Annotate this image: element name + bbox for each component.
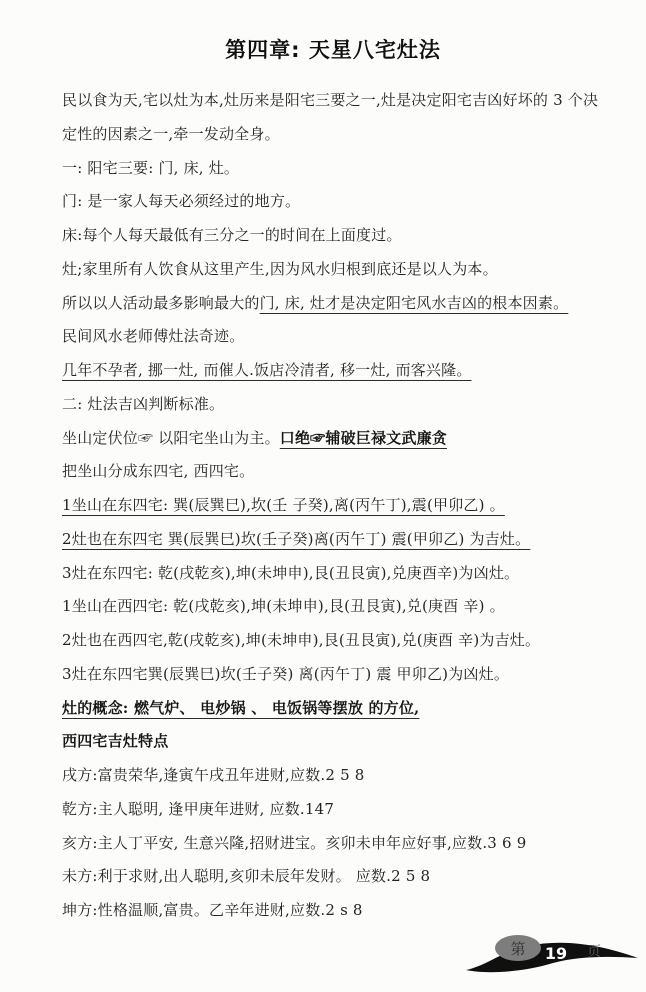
text-segment: 二: 灶法吉凶判断标准。 (62, 395, 224, 413)
text-segment: 灶;家里所有人饮食从这里产生,因为风水归根到底还是以人为本。 (62, 260, 498, 278)
underlined-text-segment: 2灶也在东四宅 巽(辰巽巳)坎(壬子癸)离(丙午丁) 震(甲卯乙) 为吉灶。 (62, 530, 530, 548)
text-segment: 3灶在东四宅: 乾(戌乾亥),坤(未坤申),艮(丑艮寅),兑庚酉辛)为凶灶。 (62, 564, 519, 582)
paragraph: 乾方:主人聪明, 逢甲庚年进财, 应数.147 (62, 793, 604, 827)
underlined-text-segment: 门, 床, 灶才是决定阳宅风水吉凶的根本因素。 (260, 294, 569, 312)
paragraph: 坤方:性格温顺,富贵。乙辛年进财,应数.2 s 8 (62, 894, 604, 928)
stamp-prefix: 第 (510, 940, 525, 958)
paragraph: 所以以人活动最多影响最大的门, 床, 灶才是决定阳宅风水吉凶的根本因素。 (62, 287, 604, 321)
text-segment: 坐山定伏位☞ 以阳宅坐山为主。 (62, 429, 280, 447)
page-number: 19 (545, 944, 567, 963)
page-body: 第四章: 天星八宅灶法 民以食为天,宅以灶为本,灶历来是阳宅三要之一,灶是决定阳… (0, 0, 646, 928)
text-segment: 未方:利于求财,出人聪明,亥卯未辰年发财。 应数.2 5 8 (62, 867, 430, 885)
section-heading: 西四宅吉灶特点 (62, 732, 168, 750)
bold-underlined-text-segment: 灶的概念: 燃气炉、 电炒锅 、 电饭锅等摆放 的方位, (62, 699, 419, 717)
text-segment: 床:每个人每天最低有三分之一的时间在上面度过。 (62, 226, 402, 244)
text-segment: 亥方:主人丁平安, 生意兴隆,招财进宝。亥卯未申年应好事,应数.3 6 9 (62, 834, 526, 852)
text-segment: 民以食为天,宅以灶为本,灶历来是阳宅三要之一,灶是决定阳宅吉凶好坏的 3 个决定… (62, 91, 598, 143)
text-segment: 门: 是一家人每天必须经过的地方。 (62, 192, 300, 210)
text-segment: 民间风水老师傅灶法奇迹。 (62, 327, 244, 345)
chapter-title: 第四章: 天星八宅灶法 (62, 34, 604, 64)
paragraph: 把坐山分成东四宅, 西四宅。 (62, 455, 604, 489)
text-segment: 一: 阳宅三要: 门, 床, 灶。 (62, 159, 239, 177)
text-segment: 坤方:性格温顺,富贵。乙辛年进财,应数.2 s 8 (62, 901, 363, 919)
paragraph: 未方:利于求财,出人聪明,亥卯未辰年发财。 应数.2 5 8 (62, 860, 604, 894)
paragraph: 几年不孕者, 挪一灶, 而催人.饭店冷清者, 移一灶, 而客兴隆。 (62, 354, 604, 388)
paragraph: 3灶在东四宅: 乾(戌乾亥),坤(未坤申),艮(丑艮寅),兑庚酉辛)为凶灶。 (62, 557, 604, 591)
text-segment: 3灶在东四宅巽(辰巽巳)坎(壬子癸) 离(丙午丁) 震 甲卯乙)为凶灶。 (62, 665, 509, 683)
paragraph: 1坐山在西四宅: 乾(戌乾亥),坤(未坤申),艮(丑艮寅),兑(庚酉 辛) 。 (62, 590, 604, 624)
paragraph: 民间风水老师傅灶法奇迹。 (62, 320, 604, 354)
paragraph: 灶的概念: 燃气炉、 电炒锅 、 电饭锅等摆放 的方位, (62, 692, 604, 726)
paragraph: 一: 阳宅三要: 门, 床, 灶。 (62, 152, 604, 186)
paragraph: 1坐山在东四宅: 巽(辰巽巳),坎(壬 子癸),离(丙午丁),震(甲卯乙) 。 (62, 489, 604, 523)
underlined-text-segment: 1坐山在东四宅: 巽(辰巽巳),坎(壬 子癸),离(丙午丁),震(甲卯乙) 。 (62, 496, 505, 514)
paragraph: 灶;家里所有人饮食从这里产生,因为风水归根到底还是以人为本。 (62, 253, 604, 287)
paragraph: 2灶也在西四宅,乾(戌乾亥),坤(未坤申),艮(丑艮寅),兑(庚酉 辛)为吉灶。 (62, 624, 604, 658)
paragraph: 二: 灶法吉凶判断标准。 (62, 388, 604, 422)
paragraph: 床:每个人每天最低有三分之一的时间在上面度过。 (62, 219, 604, 253)
paragraph: 戌方:富贵荣华,逢寅午戌丑年进财,应数.2 5 8 (62, 759, 604, 793)
paragraph: 民以食为天,宅以灶为本,灶历来是阳宅三要之一,灶是决定阳宅吉凶好坏的 3 个决定… (62, 84, 604, 152)
underlined-text-segment: 几年不孕者, 挪一灶, 而催人.饭店冷清者, 移一灶, 而客兴隆。 (62, 361, 472, 379)
text-segment: 2灶也在西四宅,乾(戌乾亥),坤(未坤申),艮(丑艮寅),兑(庚酉 辛)为吉灶。 (62, 631, 540, 649)
text-segment: 乾方:主人聪明, 逢甲庚年进财, 应数.147 (62, 800, 334, 818)
text-segment: 1坐山在西四宅: 乾(戌乾亥),坤(未坤申),艮(丑艮寅),兑(庚酉 辛) 。 (62, 597, 505, 615)
paragraph: 3灶在东四宅巽(辰巽巳)坎(壬子癸) 离(丙午丁) 震 甲卯乙)为凶灶。 (62, 658, 604, 692)
page-number-stamp: 第 19 页 (460, 932, 644, 984)
stamp-suffix: 页 (587, 944, 601, 960)
paragraph: 门: 是一家人每天必须经过的地方。 (62, 185, 604, 219)
paragraph: 亥方:主人丁平安, 生意兴隆,招财进宝。亥卯未申年应好事,应数.3 6 9 (62, 827, 604, 861)
text-segment: 把坐山分成东四宅, 西四宅。 (62, 462, 254, 480)
paragraph: 2灶也在东四宅 巽(辰巽巳)坎(壬子癸)离(丙午丁) 震(甲卯乙) 为吉灶。 (62, 523, 604, 557)
bold-underlined-text-segment: 口绝☞辅破巨禄文武廉贪 (280, 429, 447, 447)
text-segment: 所以以人活动最多影响最大的 (62, 294, 260, 312)
text-segment: 戌方:富贵荣华,逢寅午戌丑年进财,应数.2 5 8 (62, 766, 365, 784)
paragraph: 坐山定伏位☞ 以阳宅坐山为主。口绝☞辅破巨禄文武廉贪 (62, 422, 604, 456)
paragraph: 西四宅吉灶特点 (62, 725, 604, 759)
scanned-document-page: { "document": { "title": "第四章: 天星八宅灶法", … (0, 0, 646, 992)
